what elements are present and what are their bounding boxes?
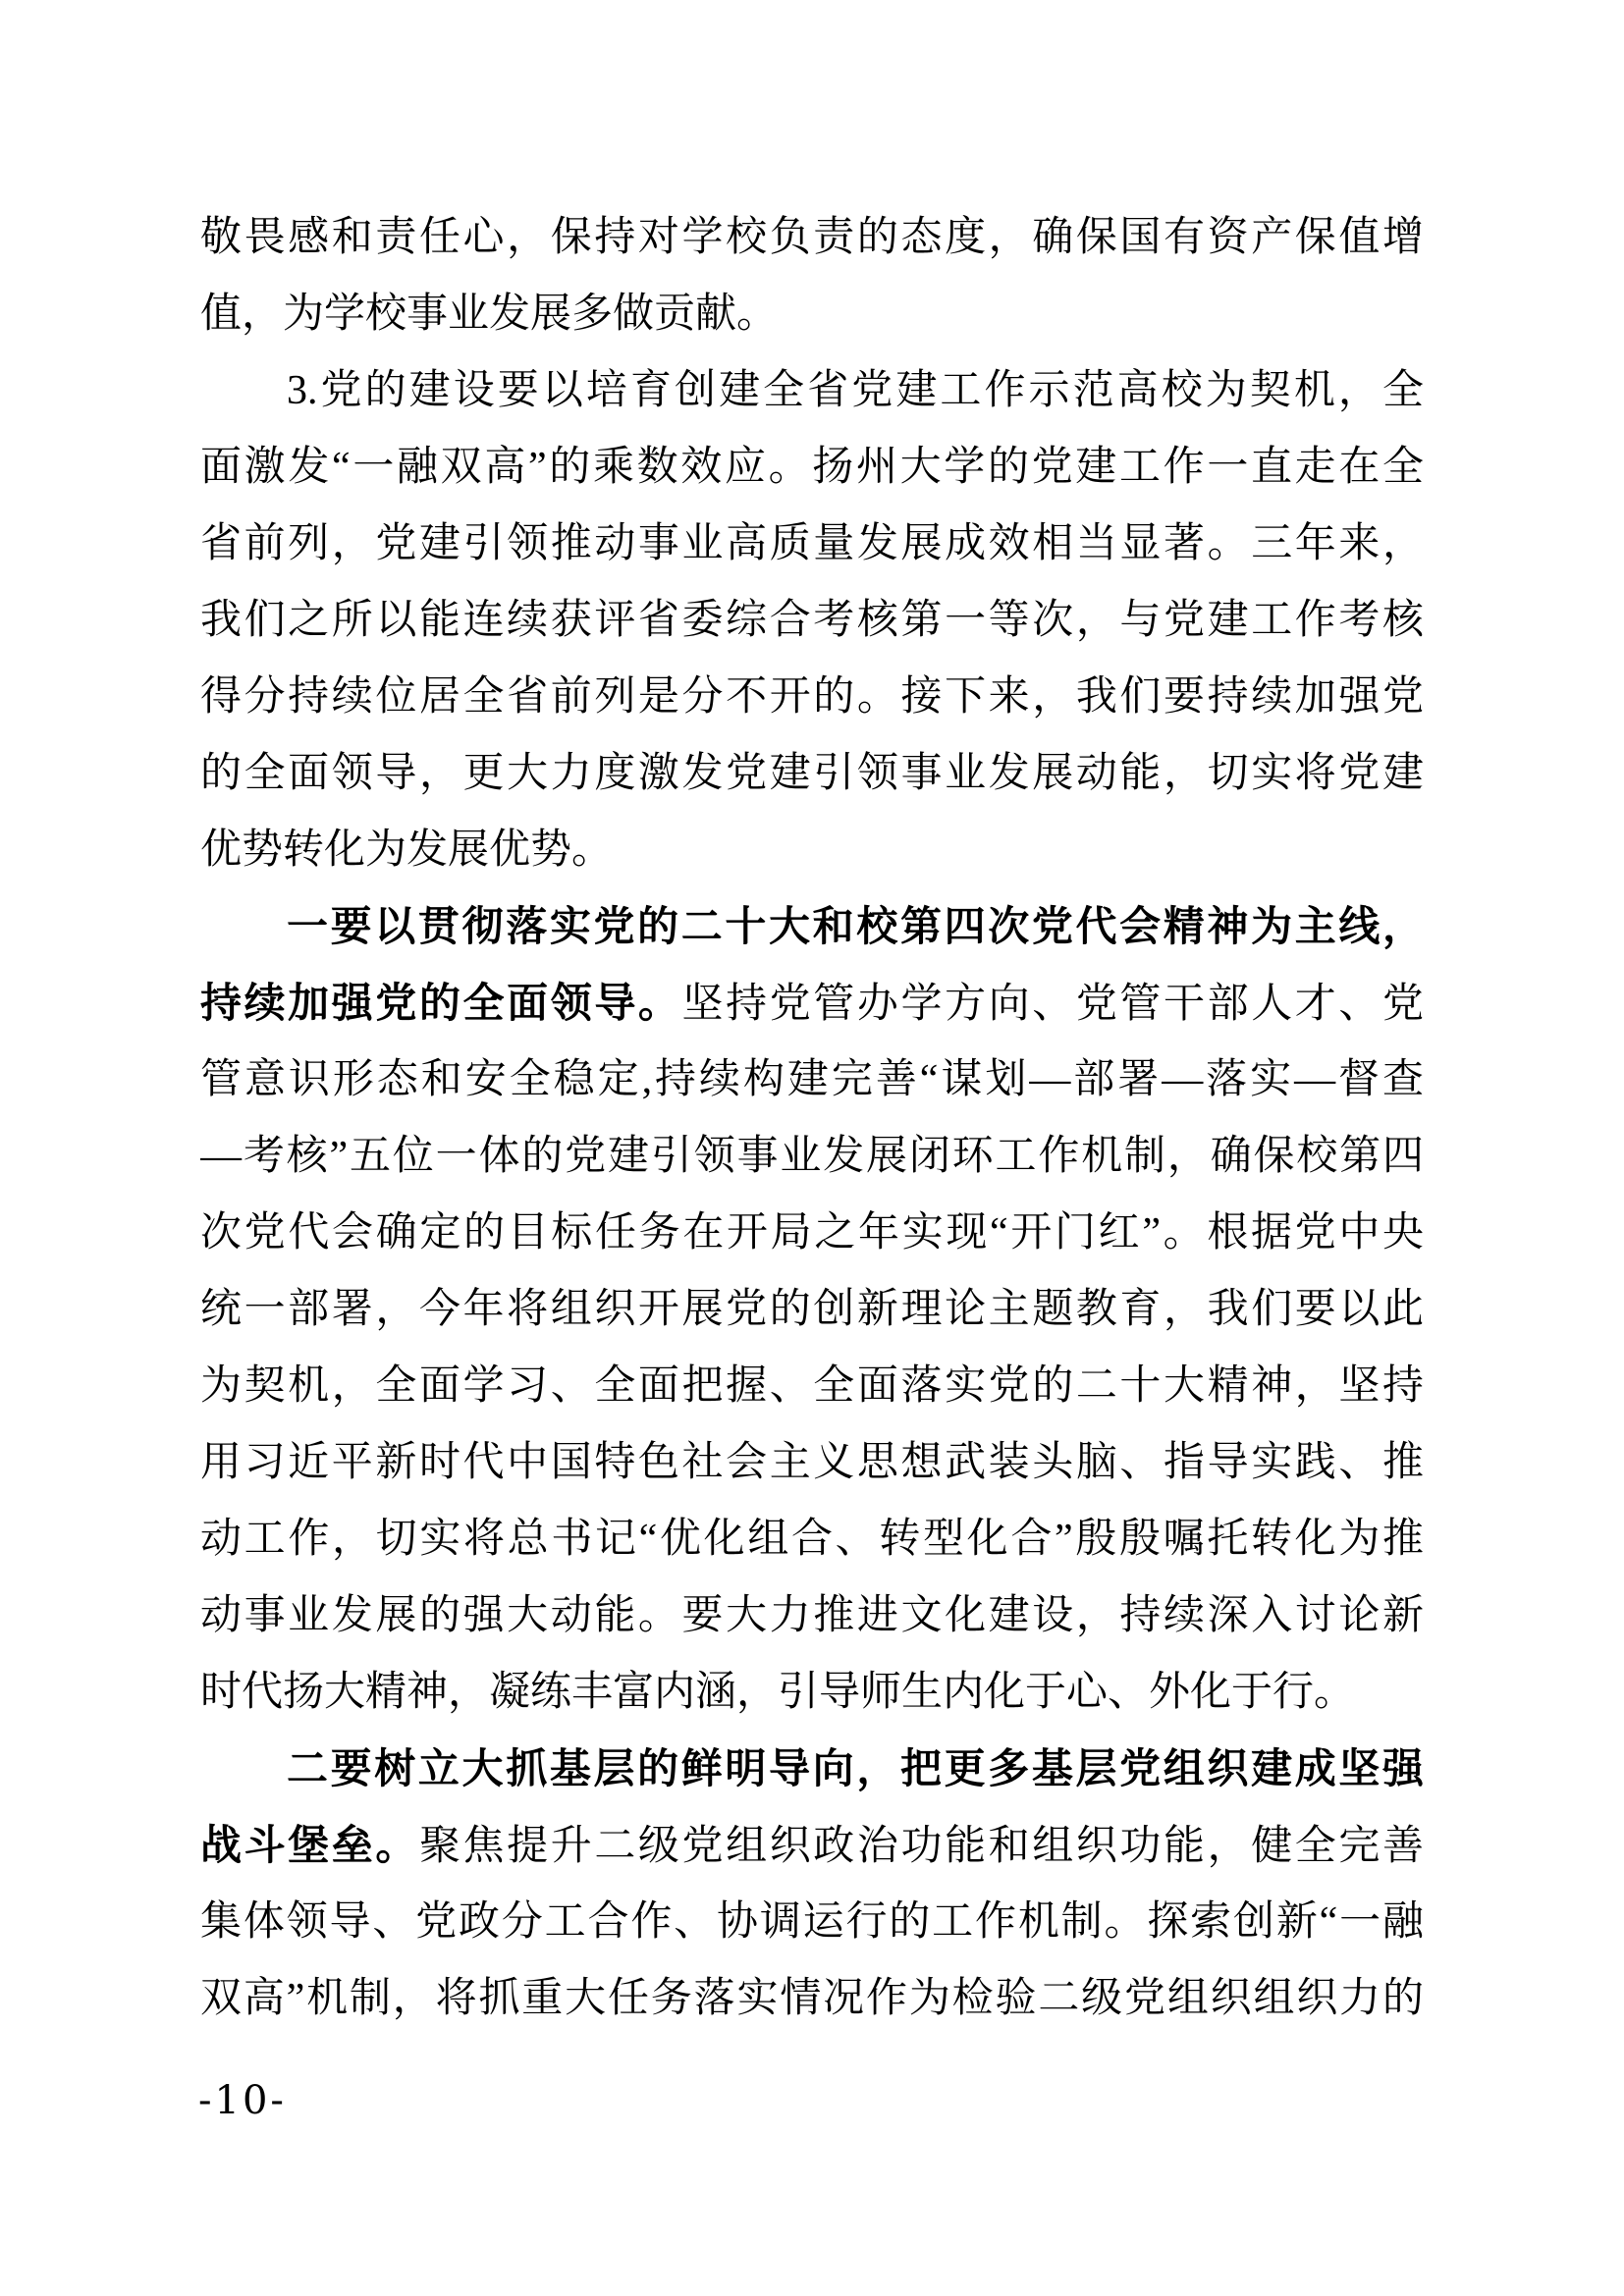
text-line: 我们之所以能连续获评省委综合考核第一等次，与党建工作考核 — [200, 582, 1424, 659]
text-line: 持续加强党的全面领导。坚持党管办学方向、党管干部人才、党 — [200, 965, 1424, 1041]
text-line: 时代扬大精神，凝练丰富内涵，引导师生内化于心、外化于行。 — [200, 1654, 1424, 1731]
text-segment: 集体领导、党政分工合作、协调运行的工作机制。探索创新“一融 — [200, 1899, 1424, 1945]
text-line: 的全面领导，更大力度激发党建引领事业发展动能，切实将党建 — [200, 735, 1424, 812]
text-line: 省前列，党建引领推动事业高质量发展成效相当显著。三年来， — [200, 506, 1424, 582]
text-segment: 用习近平新时代中国特色社会主义思想武装头脑、指导实践、推 — [200, 1440, 1424, 1485]
text-line: 动事业发展的强大动能。要大力推进文化建设，持续深入讨论新 — [200, 1577, 1424, 1654]
text-line: 为契机，全面学习、全面把握、全面落实党的二十大精神，坚持 — [200, 1348, 1424, 1424]
text-line: 一要以贯彻落实党的二十大和校第四次党代会精神为主线， — [200, 888, 1424, 965]
text-line: 得分持续位居全省前列是分不开的。接下来，我们要持续加强党 — [200, 659, 1424, 735]
bold-text-segment: 战斗堡垒。 — [200, 1822, 419, 1868]
text-segment: 面激发“一融双高”的乘数效应。扬州大学的党建工作一直走在全 — [200, 445, 1424, 490]
text-segment: 次党代会确定的目标任务在开局之年实现“开门红”。根据党中央 — [200, 1210, 1424, 1255]
text-segment: 为契机，全面学习、全面把握、全面落实党的二十大精神，坚持 — [200, 1363, 1424, 1409]
text-line: 优势转化为发展优势。 — [200, 812, 1424, 888]
text-line: 管意识形态和安全稳定,持续构建完善“谋划—部署—落实—督查 — [200, 1041, 1424, 1118]
text-segment: 统一部署，今年将组织开展党的创新理论主题教育，我们要以此 — [200, 1287, 1424, 1332]
text-segment: —考核”五位一体的党建引领事业发展闭环工作机制，确保校第四 — [200, 1134, 1424, 1179]
text-segment: 动工作，切实将总书记“优化组合、转型化合”殷殷嘱托转化为推 — [200, 1517, 1424, 1562]
text-line: 战斗堡垒。聚焦提升二级党组织政治功能和组织功能，健全完善 — [200, 1807, 1424, 1884]
text-segment: 我们之所以能连续获评省委综合考核第一等次，与党建工作考核 — [200, 598, 1424, 643]
bold-text-segment: 持续加强党的全面领导。 — [200, 980, 682, 1026]
text-line: 面激发“一融双高”的乘数效应。扬州大学的党建工作一直走在全 — [200, 429, 1424, 506]
text-line: —考核”五位一体的党建引领事业发展闭环工作机制，确保校第四 — [200, 1118, 1424, 1195]
document-page: 敬畏感和责任心，保持对学校负责的态度，确保国有资产保值增值，为学校事业发展多做贡… — [0, 0, 1624, 2296]
text-line: 双高”机制，将抓重大任务落实情况作为检验二级党组织组织力的 — [200, 1960, 1424, 2037]
text-segment: 省前列，党建引领推动事业高质量发展成效相当显著。三年来， — [200, 521, 1424, 566]
text-line: 统一部署，今年将组织开展党的创新理论主题教育，我们要以此 — [200, 1271, 1424, 1348]
text-segment: 时代扬大精神，凝练丰富内涵，引导师生内化于心、外化于行。 — [200, 1670, 1355, 1715]
text-segment: 敬畏感和责任心，保持对学校负责的态度，确保国有资产保值增 — [200, 215, 1424, 260]
text-line: 二要树立大抓基层的鲜明导向，把更多基层党组织建成坚强 — [200, 1731, 1424, 1807]
text-segment: 的全面领导，更大力度激发党建引领事业发展动能，切实将党建 — [200, 751, 1424, 796]
text-segment: 坚持党管办学方向、党管干部人才、党 — [682, 982, 1424, 1027]
bold-text-segment: 二要树立大抓基层的鲜明导向，把更多基层党组织建成坚强 — [287, 1745, 1424, 1791]
text-segment: 管意识形态和安全稳定,持续构建完善“谋划—部署—落实—督查 — [200, 1057, 1424, 1102]
text-segment: 3.党的建设要以培育创建全省党建工作示范高校为契机，全 — [287, 368, 1424, 413]
text-segment: 值，为学校事业发展多做贡献。 — [200, 292, 778, 337]
text-segment: 动事业发展的强大动能。要大力推进文化建设，持续深入讨论新 — [200, 1593, 1424, 1638]
text-line: 动工作，切实将总书记“优化组合、转型化合”殷殷嘱托转化为推 — [200, 1501, 1424, 1577]
text-segment: 得分持续位居全省前列是分不开的。接下来，我们要持续加强党 — [200, 674, 1424, 720]
text-line: 敬畏感和责任心，保持对学校负责的态度，确保国有资产保值增 — [200, 199, 1424, 276]
text-segment: 优势转化为发展优势。 — [200, 828, 613, 873]
text-line: 用习近平新时代中国特色社会主义思想武装头脑、指导实践、推 — [200, 1424, 1424, 1501]
text-line: 3.党的建设要以培育创建全省党建工作示范高校为契机，全 — [200, 352, 1424, 429]
text-line: 集体领导、党政分工合作、协调运行的工作机制。探索创新“一融 — [200, 1884, 1424, 1960]
page-number: -10- — [198, 2079, 287, 2122]
text-segment: 双高”机制，将抓重大任务落实情况作为检验二级党组织组织力的 — [200, 1976, 1424, 2021]
text-segment: 聚焦提升二级党组织政治功能和组织功能，健全完善 — [419, 1824, 1424, 1869]
text-line: 次党代会确定的目标任务在开局之年实现“开门红”。根据党中央 — [200, 1195, 1424, 1271]
bold-text-segment: 一要以贯彻落实党的二十大和校第四次党代会精神为主线， — [287, 903, 1424, 949]
text-line: 值，为学校事业发展多做贡献。 — [200, 276, 1424, 352]
body-text: 敬畏感和责任心，保持对学校负责的态度，确保国有资产保值增值，为学校事业发展多做贡… — [200, 199, 1424, 2037]
